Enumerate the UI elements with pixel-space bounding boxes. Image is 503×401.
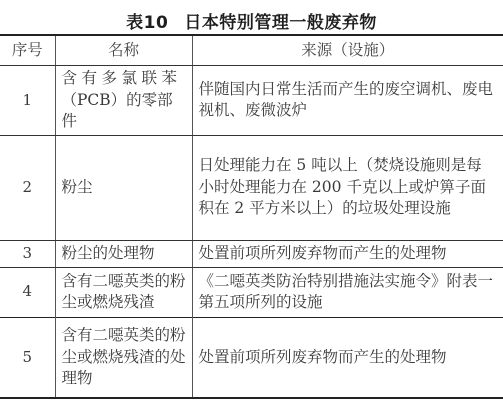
header-seq: 序号 xyxy=(0,35,55,66)
row-name-line1: 含有多氯联苯 xyxy=(62,68,186,90)
row-source: 日处理能力在 5 吨以上（焚烧设施则是每小时处理能力在 200 千克以上或炉箅子… xyxy=(192,135,503,240)
row-name: 含有多氯联苯 （PCB）的零部件 xyxy=(55,66,192,136)
header-name: 名称 xyxy=(55,35,192,66)
row-source: 伴随国内日常生活而产生的废空调机、废电视机、废微波炉 xyxy=(192,66,503,136)
row-seq: 2 xyxy=(0,135,55,240)
row-seq: 5 xyxy=(0,318,55,399)
table-row: 2 粉尘 日处理能力在 5 吨以上（焚烧设施则是每小时处理能力在 200 千克以… xyxy=(0,135,503,240)
row-name: 粉尘 xyxy=(55,135,192,240)
row-source: 处置前项所列废弃物而产生的处理物 xyxy=(192,318,503,399)
table-row: 5 含有二噁英类的粉尘或燃烧残渣的处理物 处置前项所列废弃物而产生的处理物 xyxy=(0,318,503,399)
row-seq: 1 xyxy=(0,66,55,136)
table-title-text: 日本特别管理一般废弃物 xyxy=(184,13,377,33)
table-row: 1 含有多氯联苯 （PCB）的零部件 伴随国内日常生活而产生的废空调机、废电视机… xyxy=(0,66,503,136)
waste-table: 序号 名称 来源（设施） 1 含有多氯联苯 （PCB）的零部件 伴随国内日常生活… xyxy=(0,34,503,318)
row-name: 含有二噁英类的粉尘或燃烧残渣的处理物 xyxy=(55,318,192,399)
table-title: 表10日本特别管理一般废弃物 xyxy=(0,8,503,33)
header-source: 来源（设施） xyxy=(192,35,503,66)
waste-table-continued: 5 含有二噁英类的粉尘或燃烧残渣的处理物 处置前项所列废弃物而产生的处理物 xyxy=(0,317,503,399)
row-name: 含有二噁英类的粉尘或燃烧残渣 xyxy=(55,267,192,317)
table-row: 3 粉尘的处理物 处置前项所列废弃物而产生的处理物 xyxy=(0,240,503,267)
row-source: 处置前项所列废弃物而产生的处理物 xyxy=(192,240,503,267)
row-name-line2: （PCB）的零部件 xyxy=(62,90,186,133)
table-header-row: 序号 名称 来源（设施） xyxy=(0,35,503,66)
row-source: 《二噁英类防治特别措施法实施令》附表一第五项所列的设施 xyxy=(192,267,503,317)
row-name: 粉尘的处理物 xyxy=(55,240,192,267)
row-seq: 4 xyxy=(0,267,55,317)
table-number: 表10 xyxy=(126,13,168,33)
row-seq: 3 xyxy=(0,240,55,267)
table-row: 4 含有二噁英类的粉尘或燃烧残渣 《二噁英类防治特别措施法实施令》附表一第五项所… xyxy=(0,267,503,317)
